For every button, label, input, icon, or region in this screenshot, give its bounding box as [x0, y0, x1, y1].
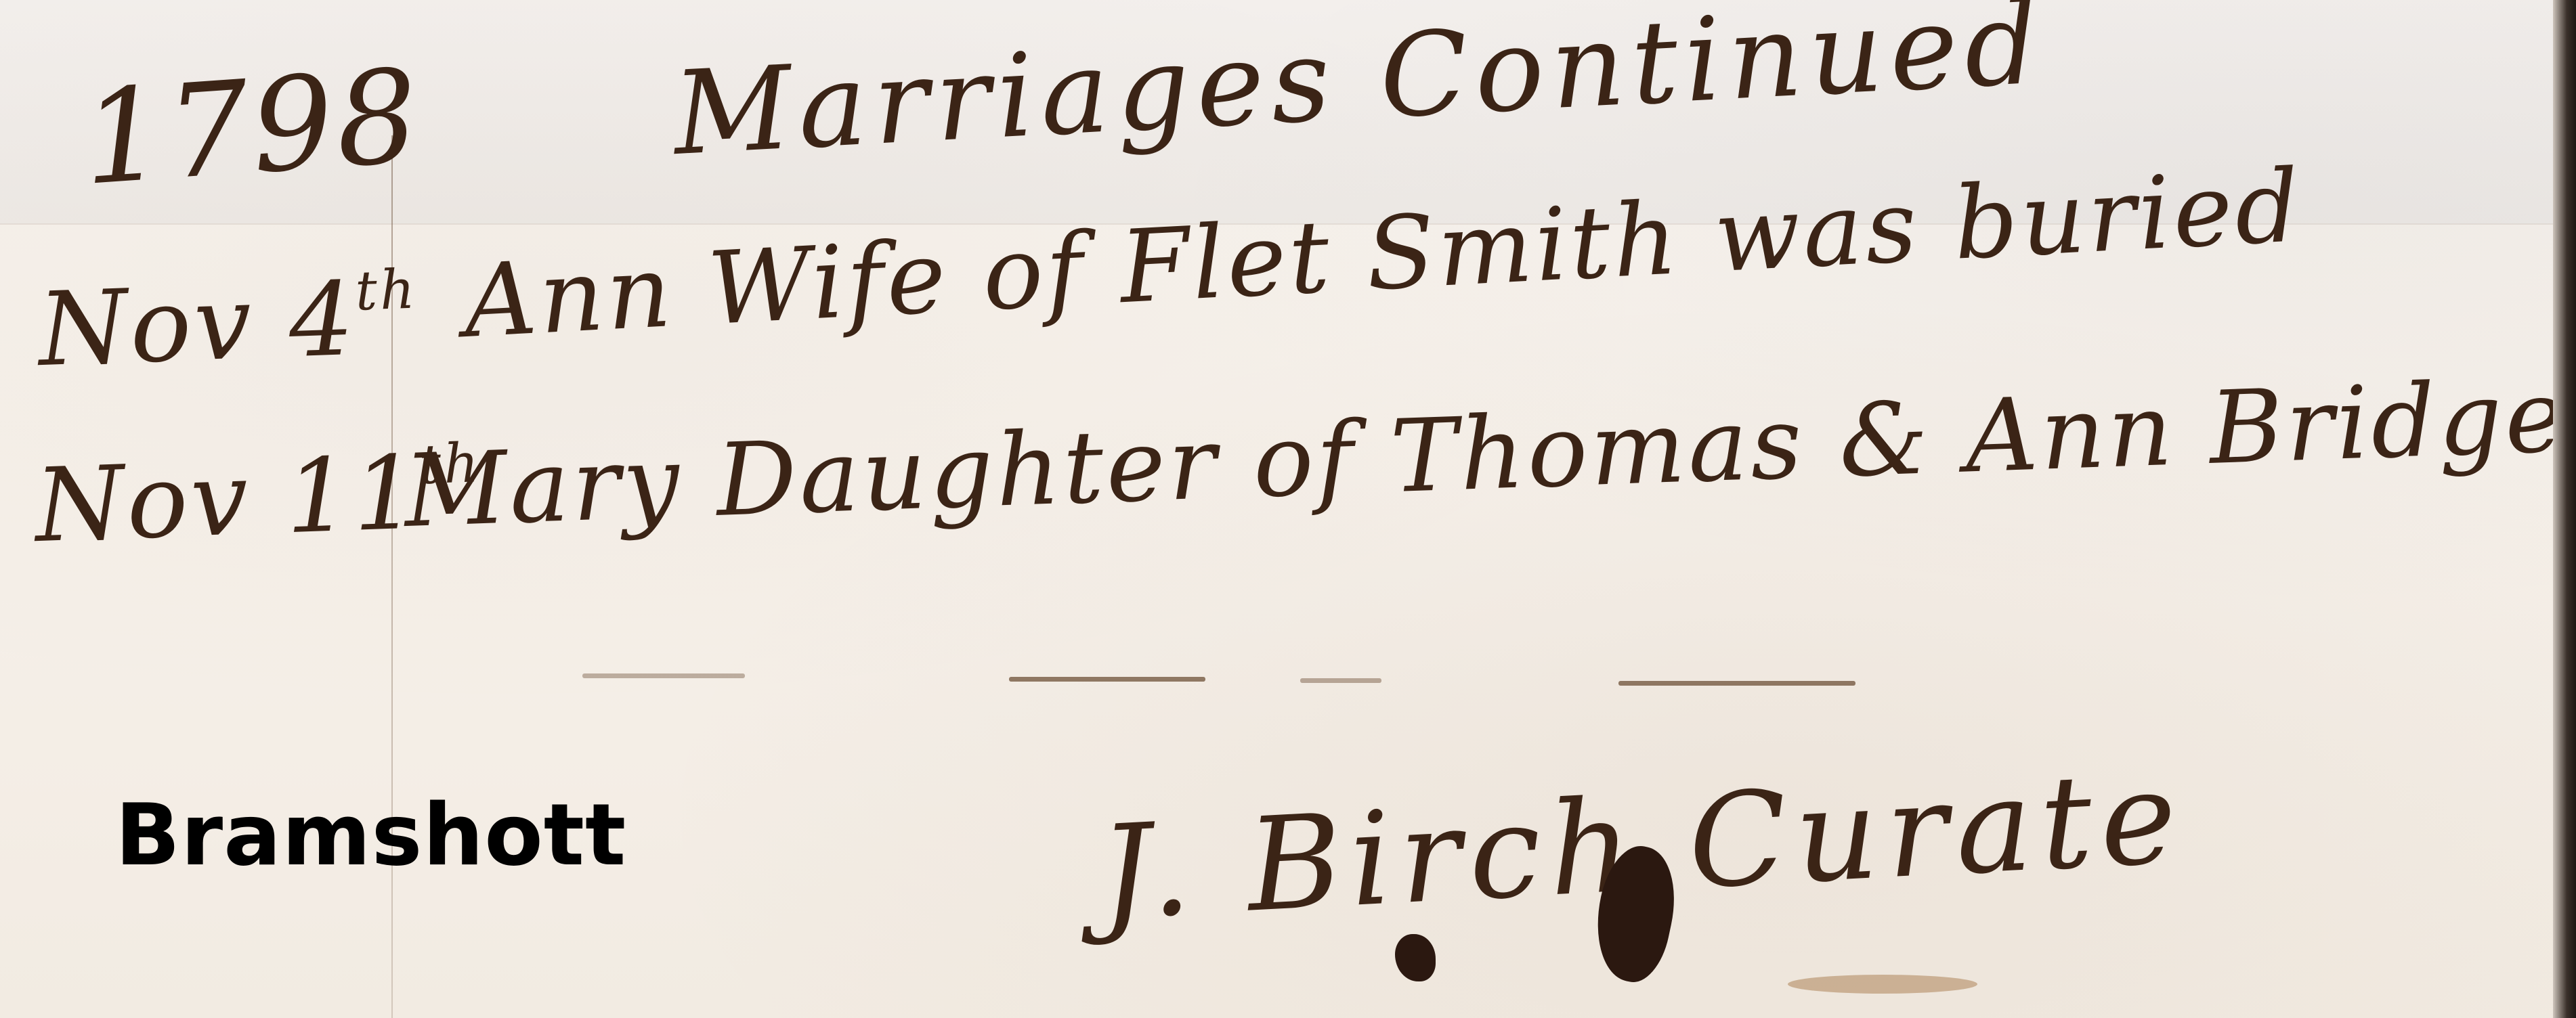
entry-month: Nov: [37, 264, 256, 389]
ink-blot: [1395, 934, 1436, 981]
register-page: 1798 Marriages Continued Nov 4th Ann Wif…: [0, 0, 2553, 1018]
register-year: 1798: [78, 41, 426, 214]
entry-day: 4: [287, 261, 358, 380]
register-entry: Mary Daughter of Thomas & Ann Bridger wa…: [402, 339, 2553, 550]
divider-rule: [582, 673, 745, 678]
paper-stain: [1788, 975, 1977, 994]
page-edge: [2553, 0, 2576, 1018]
entry-date: Nov 4th: [37, 258, 421, 390]
divider-rule: [1009, 677, 1205, 682]
divider-rule: [1618, 681, 1855, 686]
register-entry: Ann Wife of Flet Smith was buried: [461, 148, 2304, 360]
location-label: Bramshott: [115, 785, 626, 885]
entry-month: Nov: [33, 440, 253, 565]
entry-day-suffix: th: [354, 258, 418, 323]
divider-rule: [1300, 678, 1381, 683]
entry-day: 11: [284, 434, 423, 556]
page-heading: Marriages Continued: [670, 0, 2048, 181]
